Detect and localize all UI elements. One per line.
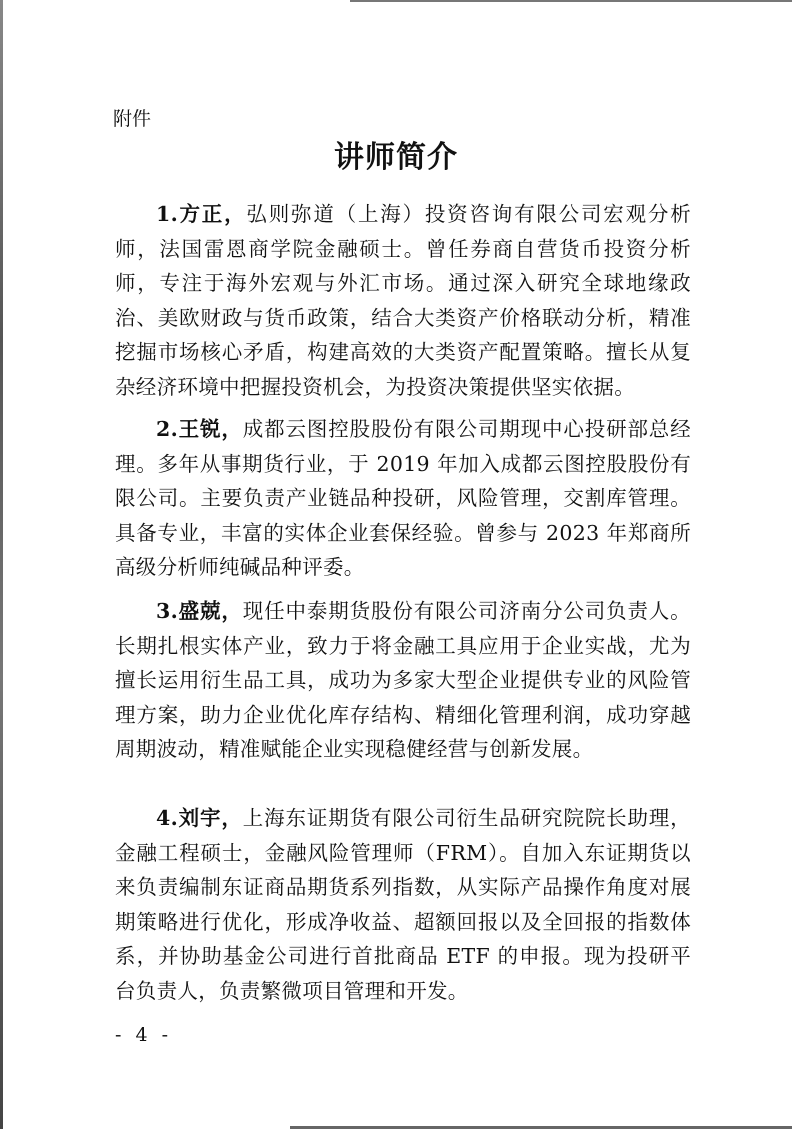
instructor-bio-text: 上海东证期货有限公司衍生品研究院院长助理，金融工程硕士，金融风险管理师（FRM）… — [115, 806, 691, 1003]
scan-edge-top — [350, 0, 792, 2]
instructor-bio-text: 成都云图控股股份有限公司期现中心投研部总经理。多年从事期货行业，于 2019 年… — [115, 417, 691, 579]
instructor-paragraph: 1.方正，弘则弥道（上海）投资咨询有限公司宏观分析师，法国雷恩商学院金融硕士。曾… — [115, 197, 691, 405]
instructor-bio-4: 4.刘宇，上海东证期货有限公司衍生品研究院院长助理，金融工程硕士，金融风险管理师… — [115, 801, 691, 1009]
attachment-label: 附件 — [113, 104, 151, 131]
instructor-name: 4.刘宇， — [156, 806, 243, 830]
instructor-bio-2: 2.王锐，成都云图控股股份有限公司期现中心投研部总经理。多年从事期货行业，于 2… — [115, 412, 691, 585]
instructor-bio-1: 1.方正，弘则弥道（上海）投资咨询有限公司宏观分析师，法国雷恩商学院金融硕士。曾… — [115, 197, 691, 405]
instructor-bio-text: 弘则弥道（上海）投资咨询有限公司宏观分析师，法国雷恩商学院金融硕士。曾任券商自营… — [115, 202, 691, 399]
instructor-bio-text: 现任中泰期货股份有限公司济南分公司负责人。长期扎根实体产业，致力于将金融工具应用… — [115, 599, 691, 761]
instructor-paragraph: 2.王锐，成都云图控股股份有限公司期现中心投研部总经理。多年从事期货行业，于 2… — [115, 412, 691, 585]
instructor-paragraph: 4.刘宇，上海东证期货有限公司衍生品研究院院长助理，金融工程硕士，金融风险管理师… — [115, 801, 691, 1009]
page-number: - 4 - — [115, 1024, 172, 1046]
document-title: 讲师简介 — [0, 132, 792, 176]
instructor-name: 1.方正， — [156, 202, 246, 226]
instructor-bio-3: 3.盛兢，现任中泰期货股份有限公司济南分公司负责人。长期扎根实体产业，致力于将金… — [115, 594, 691, 767]
instructor-paragraph: 3.盛兢，现任中泰期货股份有限公司济南分公司负责人。长期扎根实体产业，致力于将金… — [115, 594, 691, 767]
instructor-name: 3.盛兢， — [156, 599, 243, 623]
instructor-name: 2.王锐， — [156, 417, 243, 441]
